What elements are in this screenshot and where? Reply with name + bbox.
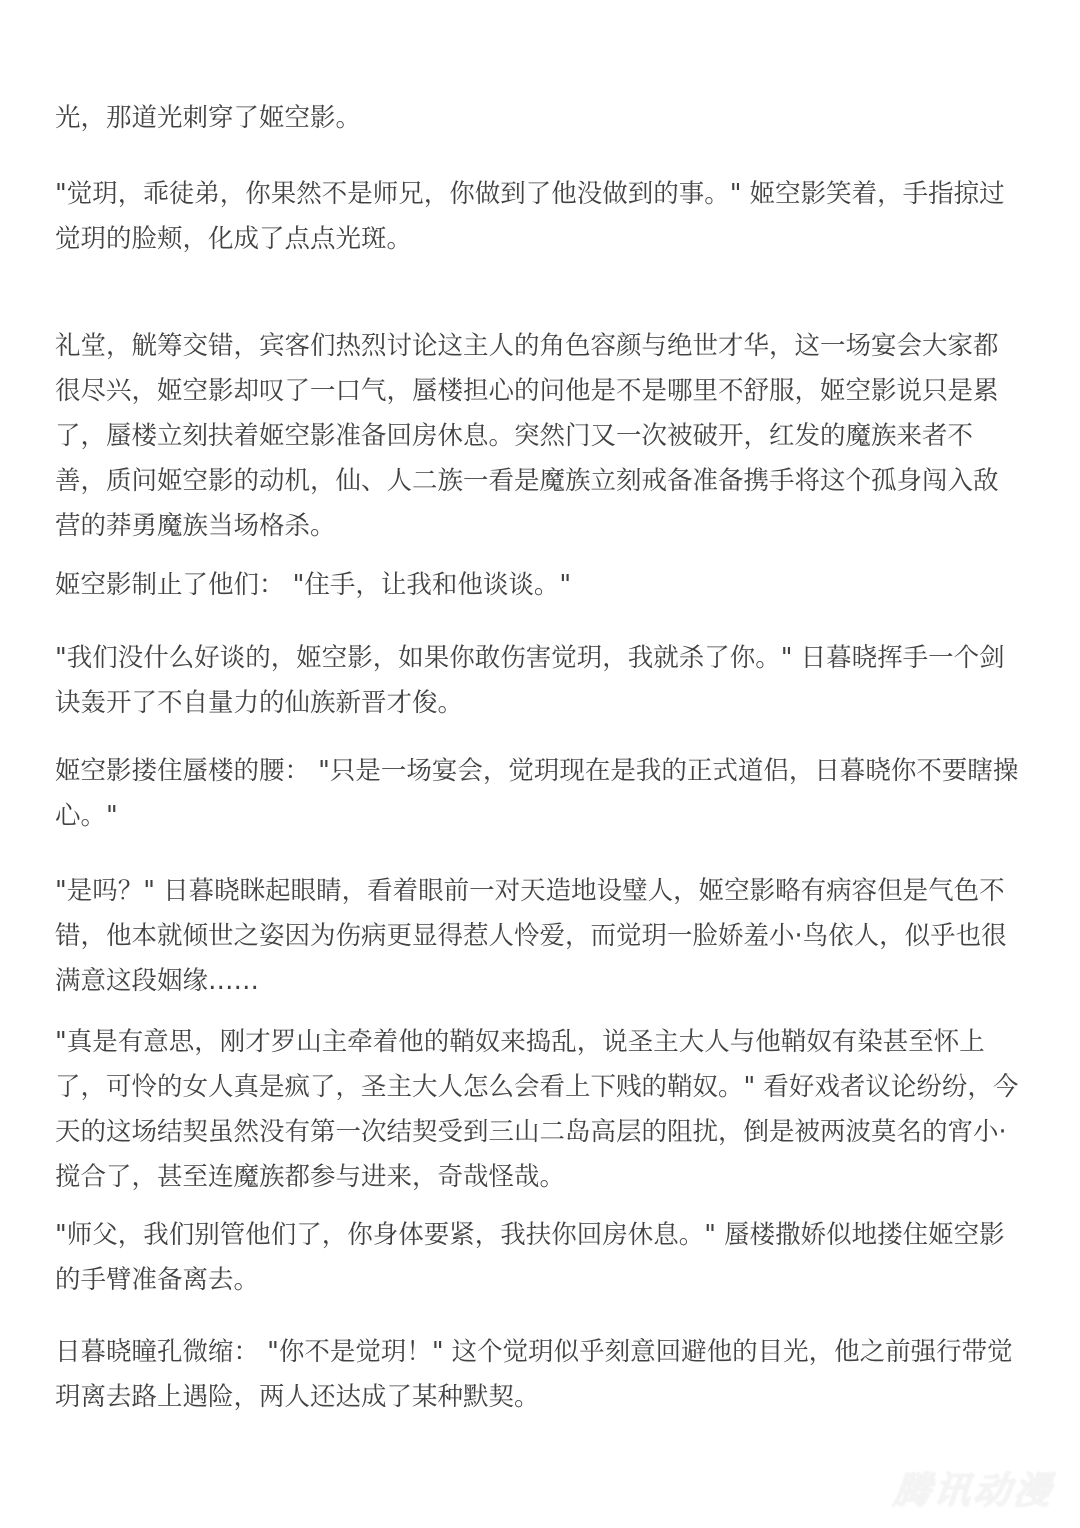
paragraph-8: "真是有意思，刚才罗山主牵着他的鞘奴来捣乱，说圣主大人与他鞘奴有染甚至怀上了，可… bbox=[55, 1020, 1023, 1200]
paragraph-10: 日暮晓瞳孔微缩： "你不是觉玥！" 这个觉玥似乎刻意回避他的目光，他之前强行带觉… bbox=[55, 1330, 1023, 1420]
paragraph-3: 礼堂，觥筹交错，宾客们热烈讨论这主人的角色容颜与绝世才华，这一场宴会大家都很尽兴… bbox=[55, 324, 1023, 549]
paragraph-4: 姬空影制止了他们： "住手，让我和他谈谈。" bbox=[55, 563, 1023, 608]
paragraph-2: "觉玥，乖徒弟，你果然不是师兄，你做到了他没做到的事。" 姬空影笑着，手指掠过觉… bbox=[55, 172, 1023, 262]
paragraph-7: "是吗？" 日暮晓眯起眼睛，看着眼前一对天造地设璧人，姬空影略有病容但是气色不错… bbox=[55, 869, 1023, 1004]
novel-text-page: 光，那道光刺穿了姬空影。 "觉玥，乖徒弟，你果然不是师兄，你做到了他没做到的事。… bbox=[0, 0, 1080, 1528]
tencent-comics-watermark-logo: 腾讯动漫 bbox=[891, 1460, 1057, 1514]
paragraph-5: "我们没什么好谈的，姬空影，如果你敢伤害觉玥，我就杀了你。" 日暮晓挥手一个剑诀… bbox=[55, 636, 1023, 726]
paragraph-9: "师父，我们别管他们了，你身体要紧，我扶你回房休息。" 蜃楼撒娇似地搂住姬空影的… bbox=[55, 1213, 1023, 1303]
paragraph-6: 姬空影搂住蜃楼的腰： "只是一场宴会，觉玥现在是我的正式道侣，日暮晓你不要瞎操心… bbox=[55, 749, 1023, 839]
paragraph-1: 光，那道光刺穿了姬空影。 bbox=[55, 96, 1023, 141]
